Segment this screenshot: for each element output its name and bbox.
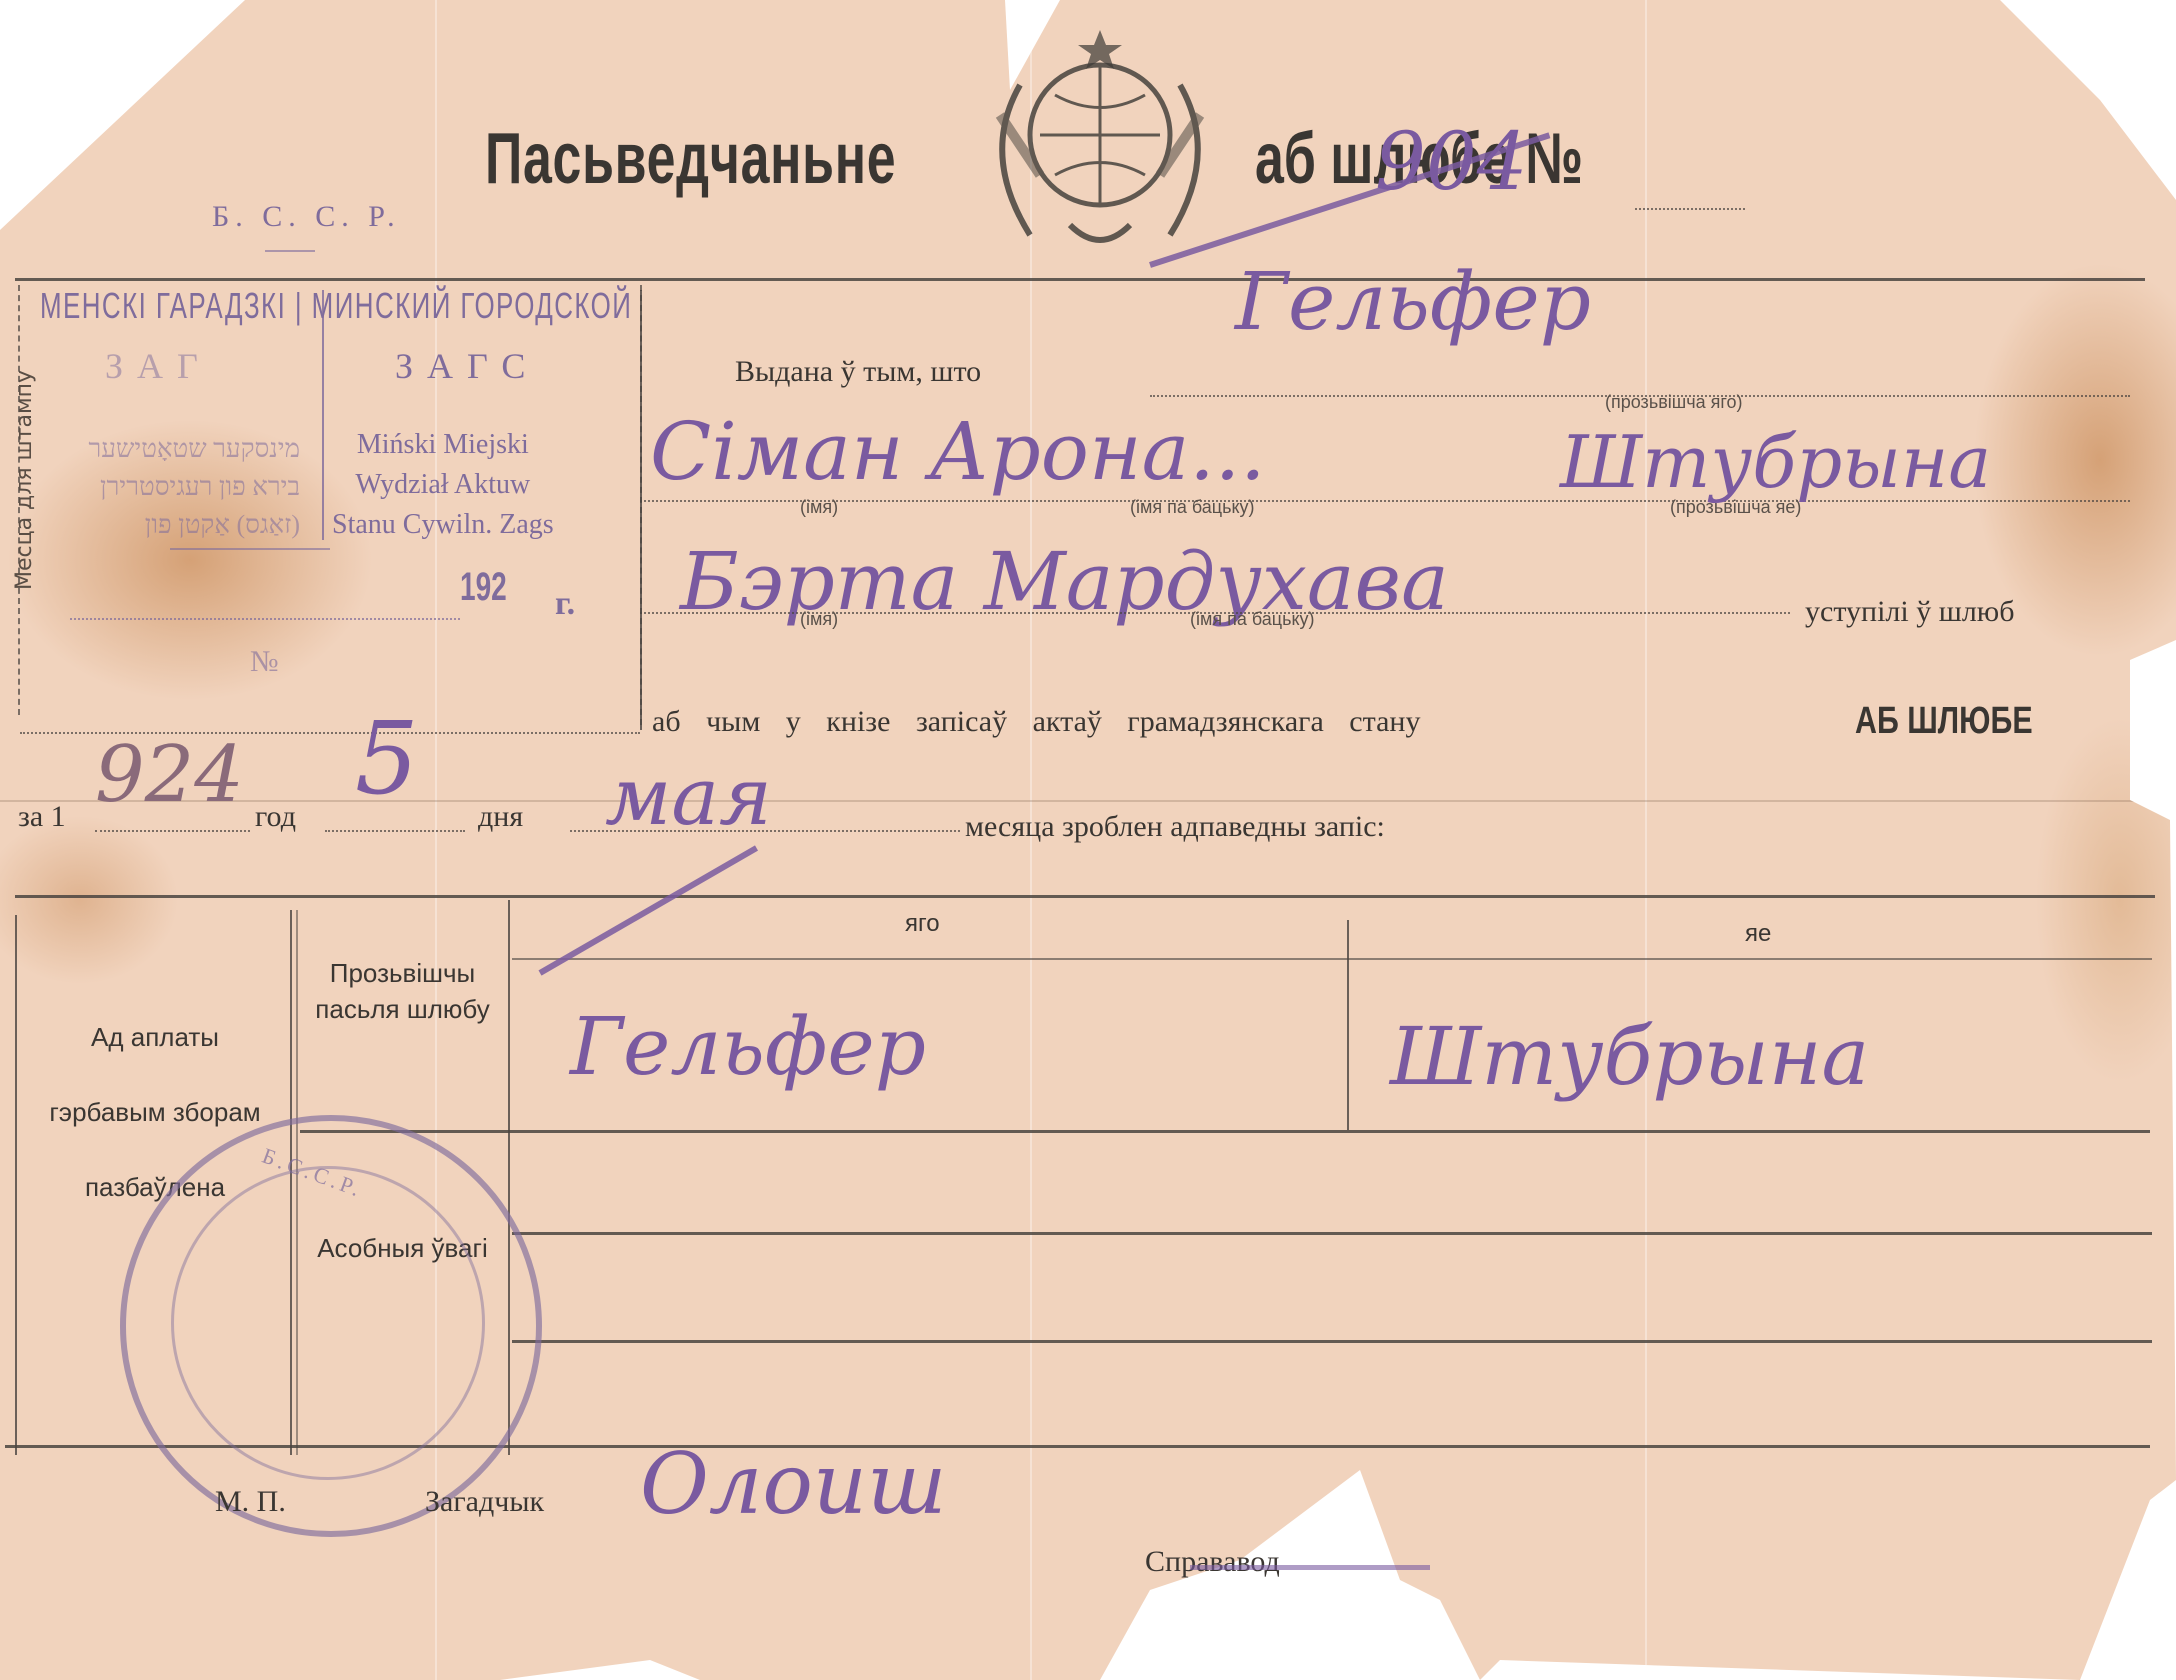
registry-stamp-year: 192 [460,565,507,610]
certificate-number: 904 [1375,115,1528,208]
top-rule [15,278,2145,281]
document-title: Пасьведчаньне [485,118,896,200]
day-dotline [325,830,465,832]
name-caption: (імя) [800,497,838,518]
table-col-divider [1347,920,1349,1130]
column-hers-header: яе [1745,920,1771,948]
day-label: дня [478,800,523,834]
record-line-bold: АБ ШЛЮБЕ [1855,700,2033,743]
yiddish-line: (זאַגס) אַקטן פון [40,506,300,544]
year-label: год [255,800,296,834]
registry-stamp-yiddish: מינסקער שטאָטישער בירא פון רעגיסטרירן (ז… [40,430,300,544]
polish-line: Wydział Aktuw [332,465,554,505]
polish-line: Stanu Cywiln. Zags [332,505,554,545]
polish-line: Miński Miejski [332,425,554,465]
her-surname-handwritten: Штубрына [1390,1010,1869,1103]
clerk-label: Справавод [1145,1545,1280,1579]
bride-surname-handwritten: Штубрына [1560,420,1991,504]
registry-stamp-number-label: № [250,645,279,679]
table-row-rule [512,1232,2152,1235]
number-underline [1635,208,1745,210]
registry-stamp-abbr-ru: ЗАГС [395,345,539,387]
year-handwritten: 924 [95,730,244,820]
body-divider [640,290,642,730]
stamp-divider [322,290,324,540]
registry-stamp-abbr-be: ЗАГ [105,345,212,387]
head-label: Загадчык [425,1485,544,1519]
entered-marriage-label: уступілі ў шлюб [1805,595,2014,629]
table-row-rule [512,1340,2152,1343]
year-dotline [95,830,250,832]
surname-caption: (прозьвішча яго) [1605,392,1743,413]
registry-stamp-year-suffix: г. [555,585,575,623]
head-signature: Олоиш [640,1435,947,1533]
registry-stamp-heading: МЕНСКІ ГАРАДЗКІ | МИНСКИЙ ГОРОДСКОЙ [40,285,632,327]
month-dotline [570,830,960,832]
his-surname-handwritten: Гельфер [570,1000,926,1093]
yiddish-line: בירא פון רעגיסטרירן [40,468,300,506]
row-surnames-label: Прозьвішчы пасьля шлюбу [300,955,505,1027]
registry-stamp-polish: Miński Miejski Wydział Aktuw Stanu Cywil… [332,425,554,545]
fold-crease [0,800,2176,802]
table-header-rule [512,958,2152,960]
seal-place-label: М. П. [215,1485,286,1519]
fold-crease [1645,0,1647,1680]
groom-name-handwritten: Сіман Арона... [650,405,1266,498]
year-prefix: за 1 [18,800,66,834]
bride-name-handwritten: Бэрта Мардухава [680,535,1449,628]
stamp-dotline [70,618,460,620]
table-border [15,915,17,1455]
stamp-underline [170,548,330,550]
name-caption: (імя) [800,609,838,630]
groom-surname-handwritten: Гельфер [1235,255,1591,348]
yiddish-line: מינסקער שטאָטישער [40,430,300,468]
stamp-underline [265,250,315,252]
record-line: аб чым у кнізе запісаў актаў грамадзянск… [652,705,1420,739]
clerk-signature-stroke [1190,1565,1430,1570]
column-his-header: яго [905,910,940,938]
patronymic-caption: (імя па бацьку) [1130,497,1255,518]
table-top-rule [15,895,2155,898]
coat-of-arms-icon [960,25,1240,265]
patronymic-caption: (імя па бацьку) [1190,609,1315,630]
day-handwritten: 5 [355,700,419,817]
header-stamp: Б. С. С. Р. [212,200,401,234]
issued-to-label: Выдана ў тым, што [735,355,981,389]
month-label: месяца зроблен адпаведны запіс: [965,810,1385,844]
stamp-place-label: Месца для штампу [12,370,37,590]
table-row-rule [300,1130,2150,1133]
